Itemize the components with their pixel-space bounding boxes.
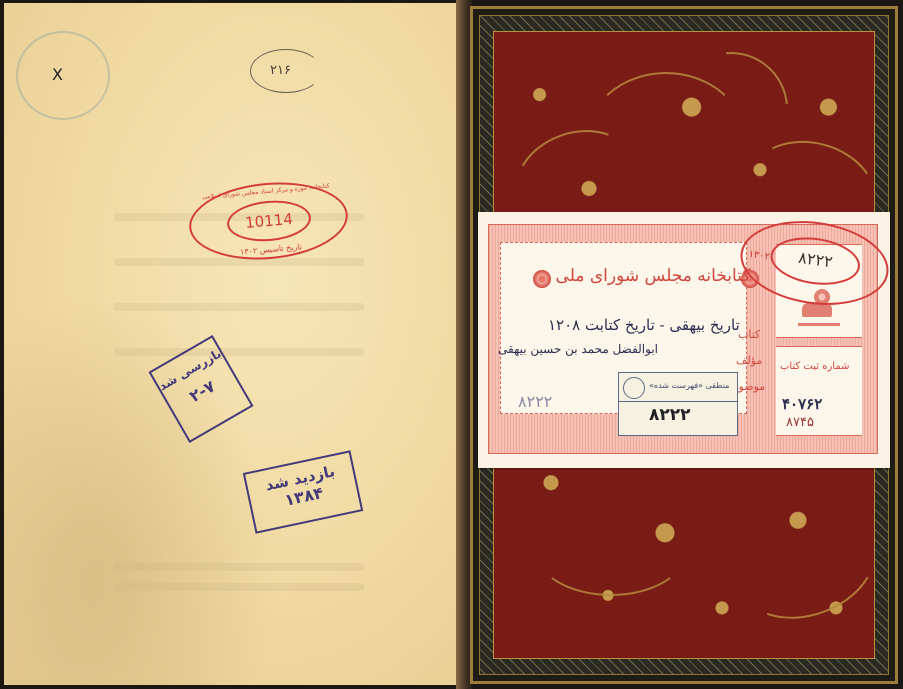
field-label-book: کتاب xyxy=(738,328,760,341)
registration-label: شماره ثبت کتاب xyxy=(780,361,850,372)
folio-number: ۲۱۶ xyxy=(270,63,291,78)
library-oval-stamp: کتابخانه، موزه و مرکز اسناد مجلس شورای ا… xyxy=(186,176,351,266)
registration-number-secondary: ۸۷۴۵ xyxy=(786,415,814,430)
faded-blue-oval-stamp xyxy=(16,31,110,120)
catalog-tag-text: منطقی «فهرست شده» xyxy=(649,381,729,390)
corner-mark: X xyxy=(52,65,63,84)
red-stamp-number: ۸۲۲۲ xyxy=(770,234,861,286)
handwritten-book-title: تاریخ بیهقی - تاریخ کتابت ۱۲۰۸ xyxy=(548,316,740,334)
red-stamp-date: ۱۳۰۲ xyxy=(748,249,771,263)
registration-number: ۴۰۷۶۲ xyxy=(782,395,822,413)
catalog-seal-icon xyxy=(623,377,645,399)
handwritten-number-faded: ۸۲۲۲ xyxy=(518,392,552,411)
field-label-author: مؤلف xyxy=(736,354,762,367)
library-bookplate-label: کتابخانه مجلس شورای ملی کتاب مؤلف موضوع … xyxy=(478,212,890,468)
faded-text-line xyxy=(114,258,364,266)
catalog-number: ۸۲۲۲ xyxy=(649,405,691,425)
faded-text-line xyxy=(114,563,364,571)
stamp-outer-text: کتابخانه، موزه و مرکز اسناد مجلس شورای ا… xyxy=(198,182,333,201)
catalog-tag: منطقی «فهرست شده» ۸۲۲۲ xyxy=(618,372,738,436)
visited-stamp: بازدید شد ۱۳۸۴ xyxy=(243,450,363,534)
faded-text-line xyxy=(114,583,364,591)
faded-text-line xyxy=(114,303,364,311)
faded-text-line xyxy=(114,348,364,356)
library-name: کتابخانه مجلس شورای ملی xyxy=(548,266,758,286)
stamp-number: 10114 xyxy=(228,200,311,243)
registration-box: شماره ثبت کتاب ۴۰۷۶۲ ۸۷۴۵ xyxy=(776,346,862,436)
left-flyleaf-page: X ۲۱۶ کتابخانه، موزه و مرکز اسناد مجلس ش… xyxy=(4,3,457,685)
stamp-bottom-text: تاریخ تاسیس ۱۳۰۲ xyxy=(213,240,328,259)
handwritten-author: ابوالفضل محمد بن حسین بیهقی xyxy=(498,342,658,356)
